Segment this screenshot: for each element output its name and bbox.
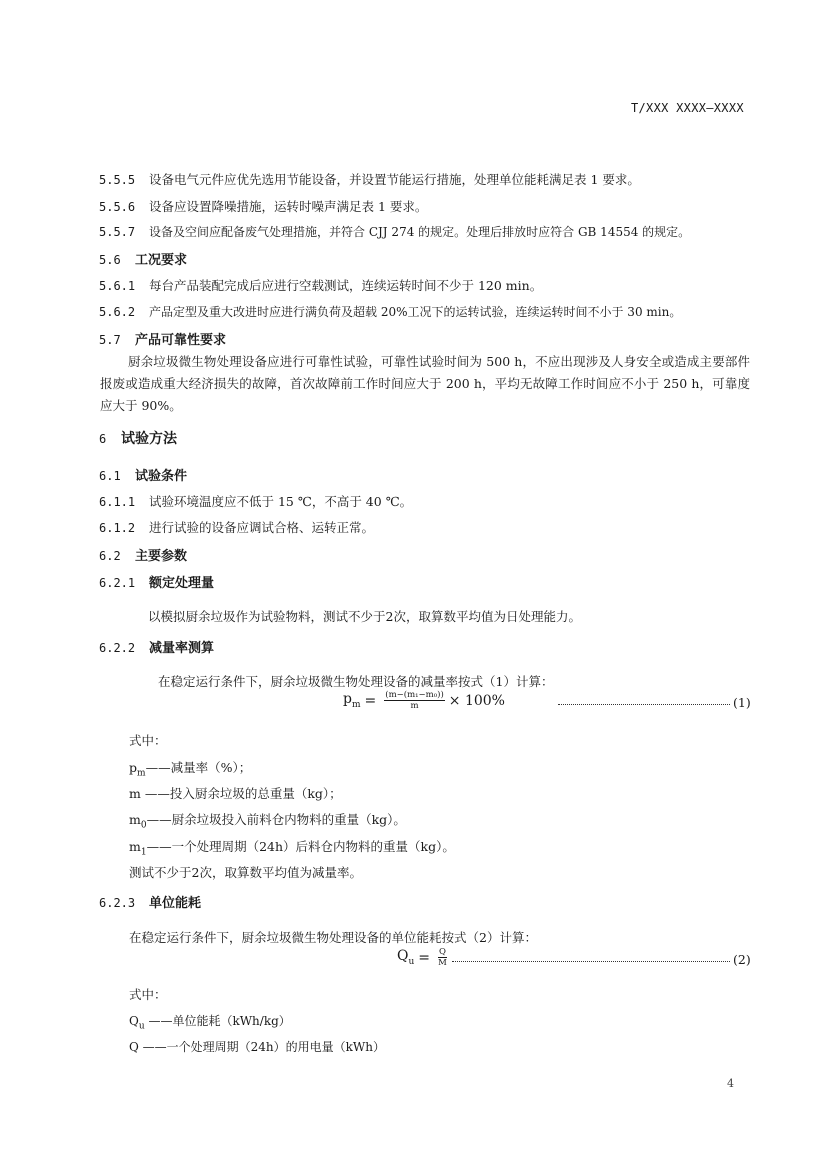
section-heading-6-1: 6.1试验条件 — [99, 465, 187, 484]
clause-number: 6.1.2 — [99, 521, 149, 535]
clause-text: 每台产品装配完成后应进行空载测试，连续运转时间不少于 120 min。 — [149, 278, 542, 293]
section-title: 工况要求 — [135, 253, 187, 268]
formula-fraction: (m−(m₁−m₀)) m — [384, 690, 445, 711]
definition-m1: m1——一个处理周期（24h）后料仓内物料的重量（kg）。 — [129, 837, 455, 858]
paragraph-rated-capacity: 以模拟厨余垃圾作为试验物料，测试不少于2次，取算数平均值为日处理能力。 — [148, 607, 581, 625]
clause-5-6-1: 5.6.1每台产品装配完成后应进行空载测试，连续运转时间不少于 120 min。 — [99, 276, 542, 294]
clause-6-1-1: 6.1.1试验环境温度应不低于 15 ℃，不高于 40 ℃。 — [99, 492, 412, 510]
formula-reduction-rate: pm = (m−(m₁−m₀)) m × 100% — [343, 690, 505, 711]
section-title: 产品可靠性要求 — [135, 333, 226, 348]
subsection-heading-6-2-2: 6.2.2减量率测算 — [99, 637, 214, 656]
definition-m: m ——投入厨余垃圾的总重量（kg）； — [129, 784, 342, 805]
formula-lhs: Qu — [397, 948, 414, 967]
section-number: 6.2 — [99, 549, 135, 563]
clause-number: 5.6.1 — [99, 279, 149, 293]
definition-m0: m0——厨余垃圾投入前料仓内物料的重量（kg）。 — [129, 810, 406, 831]
clause-6-1-2: 6.1.2进行试验的设备应调试合格、运转正常。 — [99, 518, 374, 536]
subsection-title: 单位能耗 — [149, 896, 201, 911]
section-number: 6.1 — [99, 469, 135, 483]
equals-sign: = — [365, 693, 377, 709]
section-number: 5.6 — [99, 253, 135, 267]
subsection-heading-6-2-3: 6.2.3单位能耗 — [99, 892, 201, 911]
clause-text: 进行试验的设备应调试合格、运转正常。 — [149, 520, 374, 535]
section-title: 试验条件 — [135, 469, 187, 484]
clause-text: 设备及空间应配备废气处理措施，并符合 CJJ 274 的规定。处理后排放时应符合… — [149, 225, 690, 239]
subsection-number: 6.2.3 — [99, 896, 149, 910]
definition-qu: Qu ——单位能耗（kWh/kg） — [129, 1012, 291, 1031]
subsection-title: 额定处理量 — [149, 576, 214, 591]
chapter-number: 6 — [99, 432, 121, 446]
definition-pm: pm——减量率（%）； — [129, 758, 251, 779]
formula-lhs: pm — [343, 691, 361, 710]
formula-fraction: Q M — [438, 947, 447, 968]
chapter-heading-6: 6试验方法 — [99, 428, 177, 448]
dot-leader — [558, 704, 730, 705]
equation-number-1: (1) — [733, 695, 751, 710]
section-number: 5.7 — [99, 333, 135, 347]
clause-text: 设备电气元件应优先选用节能设备，并设置节能运行措施，处理单位能耗满足表 1 要求… — [149, 172, 640, 187]
paragraph-unit-energy-intro: 在稳定运行条件下，厨余垃圾微生物处理设备的单位能耗按式（2）计算： — [129, 928, 537, 946]
clause-5-5-6: 5.5.6设备应设置降噪措施，运转时噪声满足表 1 要求。 — [99, 197, 427, 215]
clause-text: 设备应设置降噪措施，运转时噪声满足表 1 要求。 — [149, 199, 427, 214]
document-code-header: T/XXX XXXX—XXXX — [631, 101, 744, 115]
clause-number: 5.5.6 — [99, 200, 149, 214]
section-heading-5-6: 5.6工况要求 — [99, 249, 187, 268]
definition-q: Q ——一个处理周期（24h）的用电量（kWh） — [129, 1038, 385, 1057]
subsection-heading-6-2-1: 6.2.1额定处理量 — [99, 572, 214, 591]
equals-sign: = — [418, 950, 430, 966]
equation-number-2: (2) — [733, 952, 751, 967]
clause-number: 5.5.7 — [99, 225, 149, 239]
denominator: M — [438, 958, 447, 968]
section-heading-5-7: 5.7产品可靠性要求 — [99, 329, 226, 348]
dot-leader — [452, 961, 730, 962]
subsection-number: 6.2.2 — [99, 641, 149, 655]
clause-number: 6.1.1 — [99, 495, 149, 509]
section-title: 主要参数 — [135, 549, 187, 564]
numerator: Q — [438, 947, 447, 958]
paragraph-reliability: 厨余垃圾微生物处理设备应进行可靠性试验，可靠性试验时间为 500 h，不应出现涉… — [100, 351, 750, 417]
subsection-number: 6.2.1 — [99, 576, 149, 590]
subsection-title: 减量率测算 — [149, 641, 214, 656]
where-label: 式中： — [129, 985, 167, 1003]
clause-text: 试验环境温度应不低于 15 ℃，不高于 40 ℃。 — [149, 494, 412, 509]
numerator: (m−(m₁−m₀)) — [384, 690, 445, 701]
page-number: 4 — [727, 1077, 734, 1090]
clause-5-5-5: 5.5.5设备电气元件应优先选用节能设备，并设置节能运行措施，处理单位能耗满足表… — [99, 170, 640, 188]
paragraph-reduction-rate-intro: 在稳定运行条件下，厨余垃圾微生物处理设备的减量率按式（1）计算： — [158, 672, 553, 690]
clause-5-6-2: 5.6.2产品定型及重大改进时应进行满负荷及超载 20%工况下的运转试验，连续运… — [99, 303, 681, 320]
formula-unit-energy: Qu = Q M — [397, 947, 451, 968]
note-test-count: 测试不少于2次，取算数平均值为减量率。 — [129, 863, 362, 881]
clause-number: 5.5.5 — [99, 173, 149, 187]
clause-text: 产品定型及重大改进时应进行满负荷及超载 20%工况下的运转试验，连续运转时间不小… — [149, 305, 681, 319]
clause-5-5-7: 5.5.7设备及空间应配备废气处理措施，并符合 CJJ 274 的规定。处理后排… — [99, 223, 690, 240]
denominator: m — [410, 701, 418, 711]
chapter-title: 试验方法 — [121, 431, 177, 447]
where-label: 式中： — [129, 731, 167, 749]
section-heading-6-2: 6.2主要参数 — [99, 545, 187, 564]
formula-multiplier: × 100% — [449, 693, 505, 709]
clause-number: 5.6.2 — [99, 305, 149, 319]
